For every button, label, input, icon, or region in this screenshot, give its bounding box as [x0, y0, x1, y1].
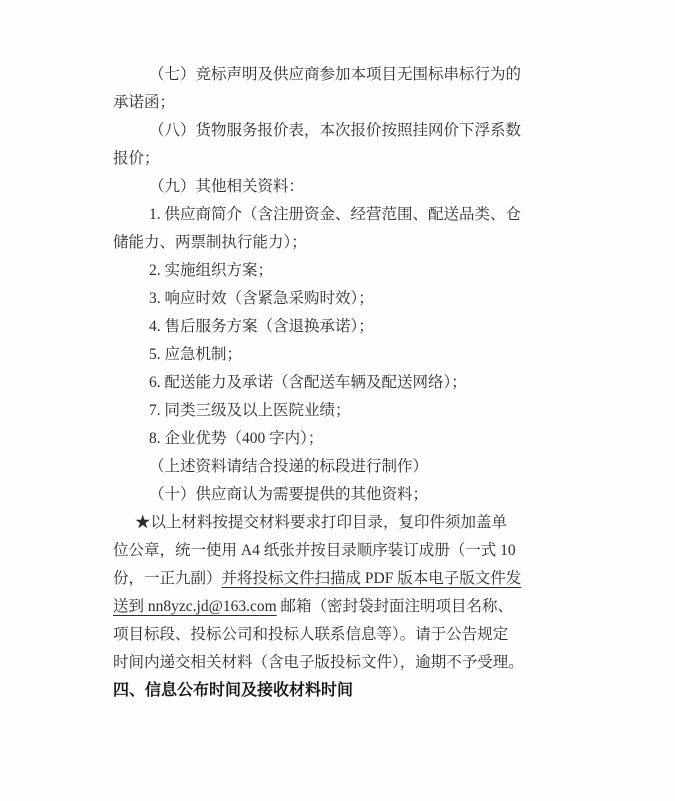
document-body: （七）竞标声明及供应商参加本项目无围标串标行为的承诺函；（八）货物服务报价表，本… — [113, 61, 533, 705]
text-segment: 项目标段、投标公司和投标人联系信息等）。请于公告规定 — [113, 626, 508, 643]
text-line: 送到 nn8yzc.jd@163.com 邮箱（密封袋封面注明项目名称、 — [113, 593, 533, 621]
text-line: 7. 同类三级及以上医院业绩； — [113, 397, 533, 425]
text-line: 3. 响应时效（含紧急采购时效）； — [113, 285, 533, 313]
text-line: 5. 应急机制； — [113, 341, 533, 369]
text-segment: 位公章，统一使用 A4 纸张并按目录顺序装订成册（一式 10 — [113, 542, 516, 559]
text-segment: 四、信息公布时间及接收材料时间 — [113, 682, 353, 699]
text-segment: 承诺函； — [113, 94, 175, 111]
text-segment: 2. 实施组织方案； — [149, 262, 273, 279]
star-paragraph-line: ★以上材料按提交材料要求打印目录，复印件须加盖单 — [113, 509, 533, 537]
document-page: （七）竞标声明及供应商参加本项目无围标串标行为的承诺函；（八）货物服务报价表，本… — [0, 0, 675, 801]
email-text: 送到 nn8yzc.jd@163.com — [113, 598, 277, 615]
text-segment: 5. 应急机制； — [149, 346, 242, 363]
text-segment: 3. 响应时效（含紧急采购时效）； — [149, 290, 374, 307]
text-line: 报价； — [113, 145, 533, 173]
text-segment: ★以上材料按提交材料要求打印目录，复印件须加盖单 — [135, 514, 507, 531]
text-segment: （八）货物服务报价表，本次报价按照挂网价下浮系数 — [149, 122, 521, 139]
text-line: 4. 售后服务方案（含退换承诺）； — [113, 313, 533, 341]
text-line: 项目标段、投标公司和投标人联系信息等）。请于公告规定 — [113, 621, 533, 649]
text-segment: 报价； — [113, 150, 160, 167]
text-line: （七）竞标声明及供应商参加本项目无围标串标行为的 — [113, 61, 533, 89]
text-line: 6. 配送能力及承诺（含配送车辆及配送网络）； — [113, 369, 533, 397]
text-segment: 储能力、两票制执行能力）； — [113, 234, 307, 251]
text-segment: 4. 售后服务方案（含退换承诺）； — [149, 318, 374, 335]
text-line: 时间内递交相关材料（含电子版投标文件），逾期不予受理。 — [113, 649, 533, 677]
text-line: 份，一正九副）并将投标文件扫描成 PDF 版本电子版文件发 — [113, 565, 533, 593]
text-segment: 并将投标文件扫描成 PDF 版本电子版文件发 — [222, 570, 522, 587]
text-segment: 6. 配送能力及承诺（含配送车辆及配送网络）； — [149, 374, 467, 391]
text-segment: 邮箱（密封袋封面注明项目名称、 — [277, 598, 513, 615]
text-line: 8. 企业优势（400 字内）； — [113, 425, 533, 453]
text-line: （九）其他相关资料： — [113, 173, 533, 201]
text-line: 位公章，统一使用 A4 纸张并按目录顺序装订成册（一式 10 — [113, 537, 533, 565]
text-segment: 8. 企业优势（400 字内）； — [149, 430, 323, 447]
text-line: 储能力、两票制执行能力）； — [113, 229, 533, 257]
text-line: （十）供应商认为需要提供的其他资料； — [113, 481, 533, 509]
text-line: 1. 供应商简介（含注册资金、经营范围、配送品类、仓 — [113, 201, 533, 229]
text-segment: （九）其他相关资料： — [149, 178, 304, 195]
text-line: 承诺函； — [113, 89, 533, 117]
text-segment: 1. 供应商简介（含注册资金、经营范围、配送品类、仓 — [149, 206, 521, 223]
text-segment: （十）供应商认为需要提供的其他资料； — [149, 486, 428, 503]
text-line: 2. 实施组织方案； — [113, 257, 533, 285]
text-segment: （上述资料请结合投递的标段进行制作） — [149, 458, 428, 475]
text-segment: （七）竞标声明及供应商参加本项目无围标串标行为的 — [149, 66, 521, 83]
text-segment: 份，一正九副） — [113, 570, 222, 587]
text-line: （上述资料请结合投递的标段进行制作） — [113, 453, 533, 481]
text-segment: 时间内递交相关材料（含电子版投标文件），逾期不予受理。 — [113, 654, 524, 671]
section-heading: 四、信息公布时间及接收材料时间 — [113, 677, 533, 705]
text-line: （八）货物服务报价表，本次报价按照挂网价下浮系数 — [113, 117, 533, 145]
text-segment: 7. 同类三级及以上医院业绩； — [149, 402, 351, 419]
